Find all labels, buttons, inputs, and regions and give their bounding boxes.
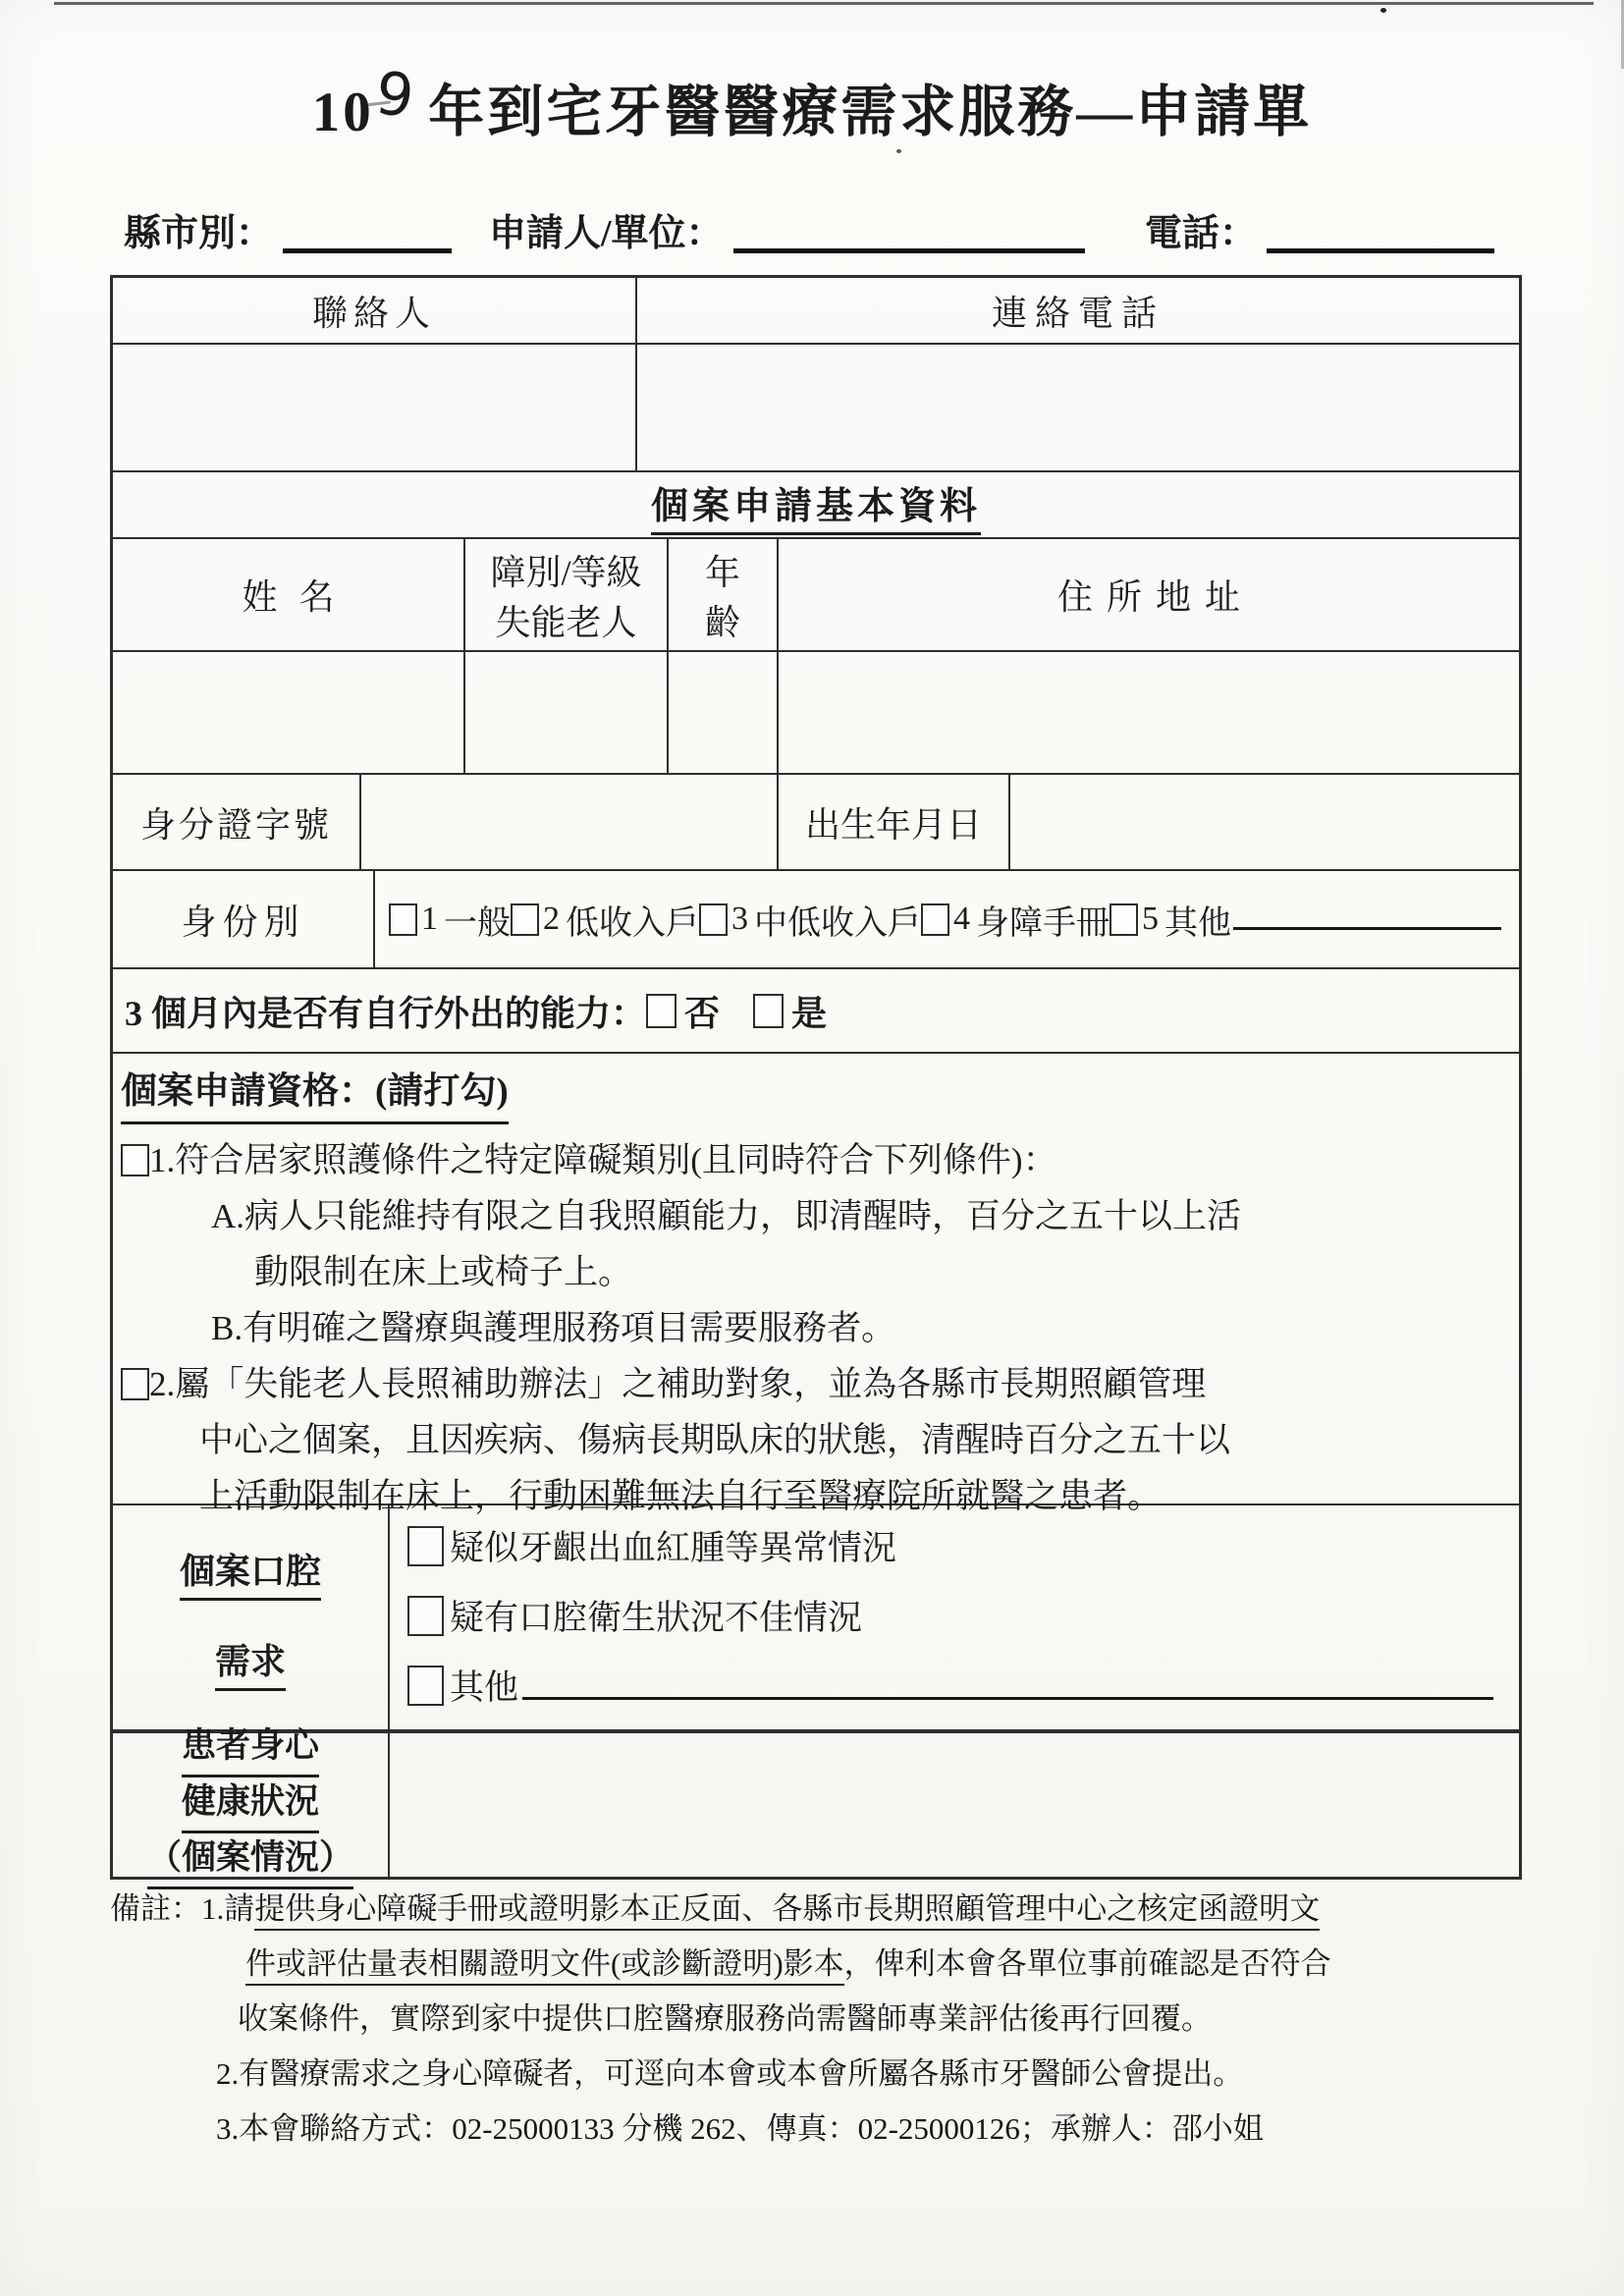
- oral-option-gum-bleeding: 疑似牙齦出血紅腫等異常情況: [407, 1521, 1499, 1570]
- checkbox-identity-other[interactable]: [1110, 903, 1138, 936]
- checkbox-mobility-no[interactable]: [646, 994, 677, 1028]
- id-number-input-cell[interactable]: [359, 775, 777, 869]
- identity-type-label-text: 身份別: [181, 895, 304, 945]
- note-1-underlined-b: 件或評估量表相關證明文件(或診斷證明)影本: [245, 1946, 844, 1986]
- oral-needs-options-cell: 疑似牙齦出血紅腫等異常情況 疑有口腔衛生狀況不佳情況 其他: [388, 1505, 1519, 1729]
- oral-needs-label: 個案口腔 需求: [113, 1505, 388, 1729]
- address-header-label: 住所地址: [1044, 570, 1254, 620]
- checkbox-identity-disability-handbook[interactable]: [921, 903, 949, 936]
- identity-option-num: 5: [1142, 901, 1159, 938]
- age-header-line1: 年: [705, 545, 740, 595]
- patient-status-label: 患者身心 健康狀況 （個案情況）: [113, 1733, 388, 1877]
- contact-value-row: [113, 343, 1519, 470]
- identity-option-num: 2: [543, 901, 560, 938]
- basic-info-header-row: 姓名 障別/等級 失能老人 年 齡 住所地址: [113, 537, 1519, 650]
- qualification-item1b: B.有明確之醫療與護理服務項目需要服務者。: [211, 1300, 895, 1356]
- identity-option-label: 中低收入戶: [754, 896, 921, 944]
- qualification-item2-line2: 中心之個案，且因疾病、傷病長期臥床的狀態，清醒時百分之五十以: [199, 1412, 1230, 1468]
- note-2: 2.有醫療需求之身心障礙者，可逕向本會或本會所屬各縣市牙醫師公會提出。: [216, 2047, 1524, 2102]
- name-header: 姓名: [113, 539, 463, 650]
- phone-input-blank[interactable]: [1267, 243, 1494, 253]
- contact-header-row: 聯絡人 連絡電話: [113, 278, 1519, 343]
- applicant-input-blank[interactable]: [733, 243, 1085, 253]
- qualification-item2-line1: 2.屬「失能老人長照補助辦法」之補助對象，並為各縣市長期照顧管理: [149, 1365, 1206, 1403]
- oral-option-other: 其他: [407, 1661, 1499, 1710]
- qualification-item2: 2.屬「失能老人長照補助辦法」之補助對象，並為各縣市長期照顧管理: [121, 1356, 1206, 1412]
- phone-field: 電話：: [1145, 214, 1494, 255]
- note-1-pre: 請: [224, 1891, 254, 1926]
- contact-phone-header-label: 連絡電話: [992, 286, 1164, 336]
- contact-person-header-label: 聯絡人: [312, 286, 436, 336]
- identity-type-row: 身份別 1一般 2低收入戶 3中低收入戶 4身障手冊 5其他: [113, 869, 1519, 967]
- oral-needs-label-line1: 個案口腔: [180, 1544, 321, 1601]
- patient-status-input-cell[interactable]: [388, 1733, 1519, 1877]
- qualification-section-row: 個案申請資格：(請打勾) 1.符合居家照護條件之特定障礙類別(且同時符合下列條件…: [113, 1052, 1519, 1503]
- checkbox-oral-hygiene[interactable]: [407, 1596, 444, 1636]
- note-1-line-2: 件或評估量表相關證明文件(或診斷證明)影本，俾利本會各單位事前確認是否符合: [245, 1937, 1524, 1992]
- checkbox-qualification-2[interactable]: [121, 1368, 149, 1400]
- mobility-yes-label: 是: [791, 986, 827, 1036]
- disability-header-line2: 失能老人: [495, 595, 636, 645]
- age-input-cell[interactable]: [667, 652, 777, 773]
- note-1-underlined-a: 提供身心障礙手冊或證明影本正反面、各縣市長期照顧管理中心之核定函證明文: [254, 1891, 1320, 1931]
- oral-option-hygiene: 疑有口腔衛生狀況不佳情況: [407, 1591, 1499, 1640]
- birth-date-input-cell[interactable]: [1008, 775, 1519, 869]
- checkbox-identity-low-income[interactable]: [511, 903, 539, 936]
- county-field: 縣市別：: [124, 214, 452, 255]
- oral-option-label: 疑有口腔衛生狀況不佳情況: [450, 1591, 862, 1640]
- basic-info-section-title: 個案申請基本資料: [651, 475, 981, 535]
- qualification-heading: 個案申請資格：(請打勾): [121, 1064, 509, 1124]
- note-3: 3.本會聯絡方式：02-25000133 分機 262、傳真：02-250001…: [216, 2102, 1524, 2157]
- name-input-cell[interactable]: [113, 652, 463, 773]
- applicant-label: 申請人/單位：: [489, 214, 724, 255]
- basic-info-value-row: [113, 650, 1519, 773]
- identity-options-cell: 1一般 2低收入戶 3中低收入戶 4身障手冊 5其他: [373, 871, 1519, 967]
- scan-artifact-dot: [1380, 8, 1386, 13]
- oral-needs-row: 個案口腔 需求 疑似牙齦出血紅腫等異常情況 疑有口腔衛生狀況不佳情況 其他: [113, 1503, 1519, 1729]
- qualification-item1a-line1: A.病人只能維持有限之自我照顧能力，即清醒時，百分之五十以上活: [211, 1188, 1241, 1244]
- qualification-item1: 1.符合居家照護條件之特定障礙類別(且同時符合下列條件)：: [121, 1132, 1057, 1188]
- age-header-line2: 齡: [705, 595, 740, 645]
- scan-artifact-topline: [54, 2, 1594, 5]
- address-header: 住所地址: [777, 539, 1519, 650]
- mobility-question-cell: 3 個月內是否有自行外出的能力： 否 是: [113, 969, 1519, 1052]
- basic-info-section-cell: 個案申請基本資料: [113, 472, 1519, 537]
- title-year-printed: 10: [312, 82, 374, 143]
- name-header-label: 姓名: [220, 570, 355, 620]
- identity-option-label: 其他: [1164, 896, 1231, 944]
- id-number-label-text: 身分證字號: [140, 797, 332, 847]
- checkbox-mobility-yes[interactable]: [753, 994, 784, 1028]
- contact-person-input-cell[interactable]: [113, 345, 635, 470]
- disability-header-line1: 障別/等級: [490, 545, 641, 595]
- qualification-section-cell: 個案申請資格：(請打勾) 1.符合居家照護條件之特定障礙類別(且同時符合下列條件…: [113, 1054, 1519, 1503]
- mobility-question-row: 3 個月內是否有自行外出的能力： 否 是: [113, 967, 1519, 1052]
- identity-option-num: 3: [731, 901, 748, 938]
- note-1-line-3: 收案條件，實際到家中提供口腔醫療服務尚需醫師專業評估後再行回覆。: [238, 1992, 1524, 2047]
- notes-label: 備註：: [110, 1891, 201, 1926]
- title-year-handwritten-digit: 9: [372, 59, 417, 132]
- oral-option-label: 疑似牙齦出血紅腫等異常情況: [450, 1521, 896, 1570]
- basic-info-section-row: 個案申請基本資料: [113, 470, 1519, 537]
- application-table: 聯絡人 連絡電話 個案申請基本資料 姓名 障別/等級 失能老人 年 齡 住所地址: [110, 275, 1522, 1880]
- id-birth-row: 身分證字號 出生年月日: [113, 773, 1519, 869]
- scanned-application-form: 109 年到宅牙醫醫療需求服務—申請單 縣市別： 申請人/單位： 電話： 聯絡人…: [0, 0, 1624, 2296]
- checkbox-qualification-1[interactable]: [121, 1144, 149, 1176]
- birth-date-label-text: 出生年月日: [805, 797, 982, 847]
- disability-header: 障別/等級 失能老人: [463, 539, 667, 650]
- identity-type-label: 身份別: [113, 871, 373, 967]
- checkbox-identity-mid-low-income[interactable]: [699, 903, 728, 936]
- note-1-rest: ，俾利本會各單位事前確認是否符合: [844, 1946, 1331, 1981]
- oral-option-label: 其他: [450, 1661, 518, 1710]
- applicant-field: 申請人/單位：: [489, 214, 1085, 255]
- contact-person-header: 聯絡人: [113, 278, 635, 343]
- mobility-no-label: 否: [684, 986, 720, 1036]
- phone-label: 電話：: [1145, 214, 1257, 255]
- identity-option-num: 4: [953, 901, 970, 938]
- identity-option-label: 身障手冊: [976, 896, 1110, 944]
- qualification-item1-text: 1.符合居家照護條件之特定障礙類別(且同時符合下列條件)：: [149, 1141, 1057, 1179]
- checkbox-oral-other[interactable]: [407, 1666, 444, 1706]
- patient-status-label-line1: 患者身心: [182, 1722, 319, 1777]
- checkbox-identity-general[interactable]: [389, 903, 417, 936]
- birth-date-label: 出生年月日: [777, 775, 1008, 869]
- disability-input-cell[interactable]: [463, 652, 667, 773]
- id-number-label: 身分證字號: [113, 775, 359, 869]
- county-input-blank[interactable]: [283, 243, 452, 253]
- note-1-line-1: 備註：1.請提供身心障礙手冊或證明影本正反面、各縣市長期照顧管理中心之核定函證明…: [110, 1882, 1524, 1937]
- mobility-question-text: 3 個月內是否有自行外出的能力：: [125, 986, 646, 1036]
- patient-status-label-line3: （個案情況）: [147, 1833, 353, 1889]
- checkbox-oral-gum-bleeding[interactable]: [407, 1526, 444, 1566]
- county-label: 縣市別：: [124, 214, 273, 255]
- age-header: 年 齡: [667, 539, 777, 650]
- patient-status-row: 患者身心 健康狀況 （個案情況）: [113, 1729, 1519, 1877]
- scan-artifact-dot-small: [896, 149, 901, 153]
- contact-phone-header: 連絡電話: [635, 278, 1519, 343]
- oral-other-input-blank[interactable]: [522, 1693, 1493, 1700]
- identity-other-input-blank[interactable]: [1233, 923, 1501, 930]
- notes-section: 備註：1.請提供身心障礙手冊或證明影本正反面、各縣市長期照顧管理中心之核定函證明…: [110, 1882, 1524, 2157]
- title-text: 年到宅牙醫醫療需求服務—申請單: [428, 82, 1312, 143]
- patient-status-label-line2: 健康狀況: [182, 1777, 319, 1833]
- oral-needs-label-line2: 需求: [215, 1634, 286, 1691]
- identity-option-num: 1: [421, 901, 438, 938]
- identity-option-label: 低收入戶: [566, 896, 699, 944]
- contact-phone-input-cell[interactable]: [635, 345, 1519, 470]
- address-input-cell[interactable]: [777, 652, 1519, 773]
- form-title: 109 年到宅牙醫醫療需求服務—申請單: [0, 67, 1624, 147]
- note-1-number: 1.: [201, 1891, 224, 1926]
- qualification-item1a-line2: 動限制在床上或椅子上。: [254, 1244, 632, 1300]
- header-fields-row: 縣市別： 申請人/單位： 電話：: [0, 198, 1624, 255]
- identity-option-label: 一般: [444, 896, 511, 944]
